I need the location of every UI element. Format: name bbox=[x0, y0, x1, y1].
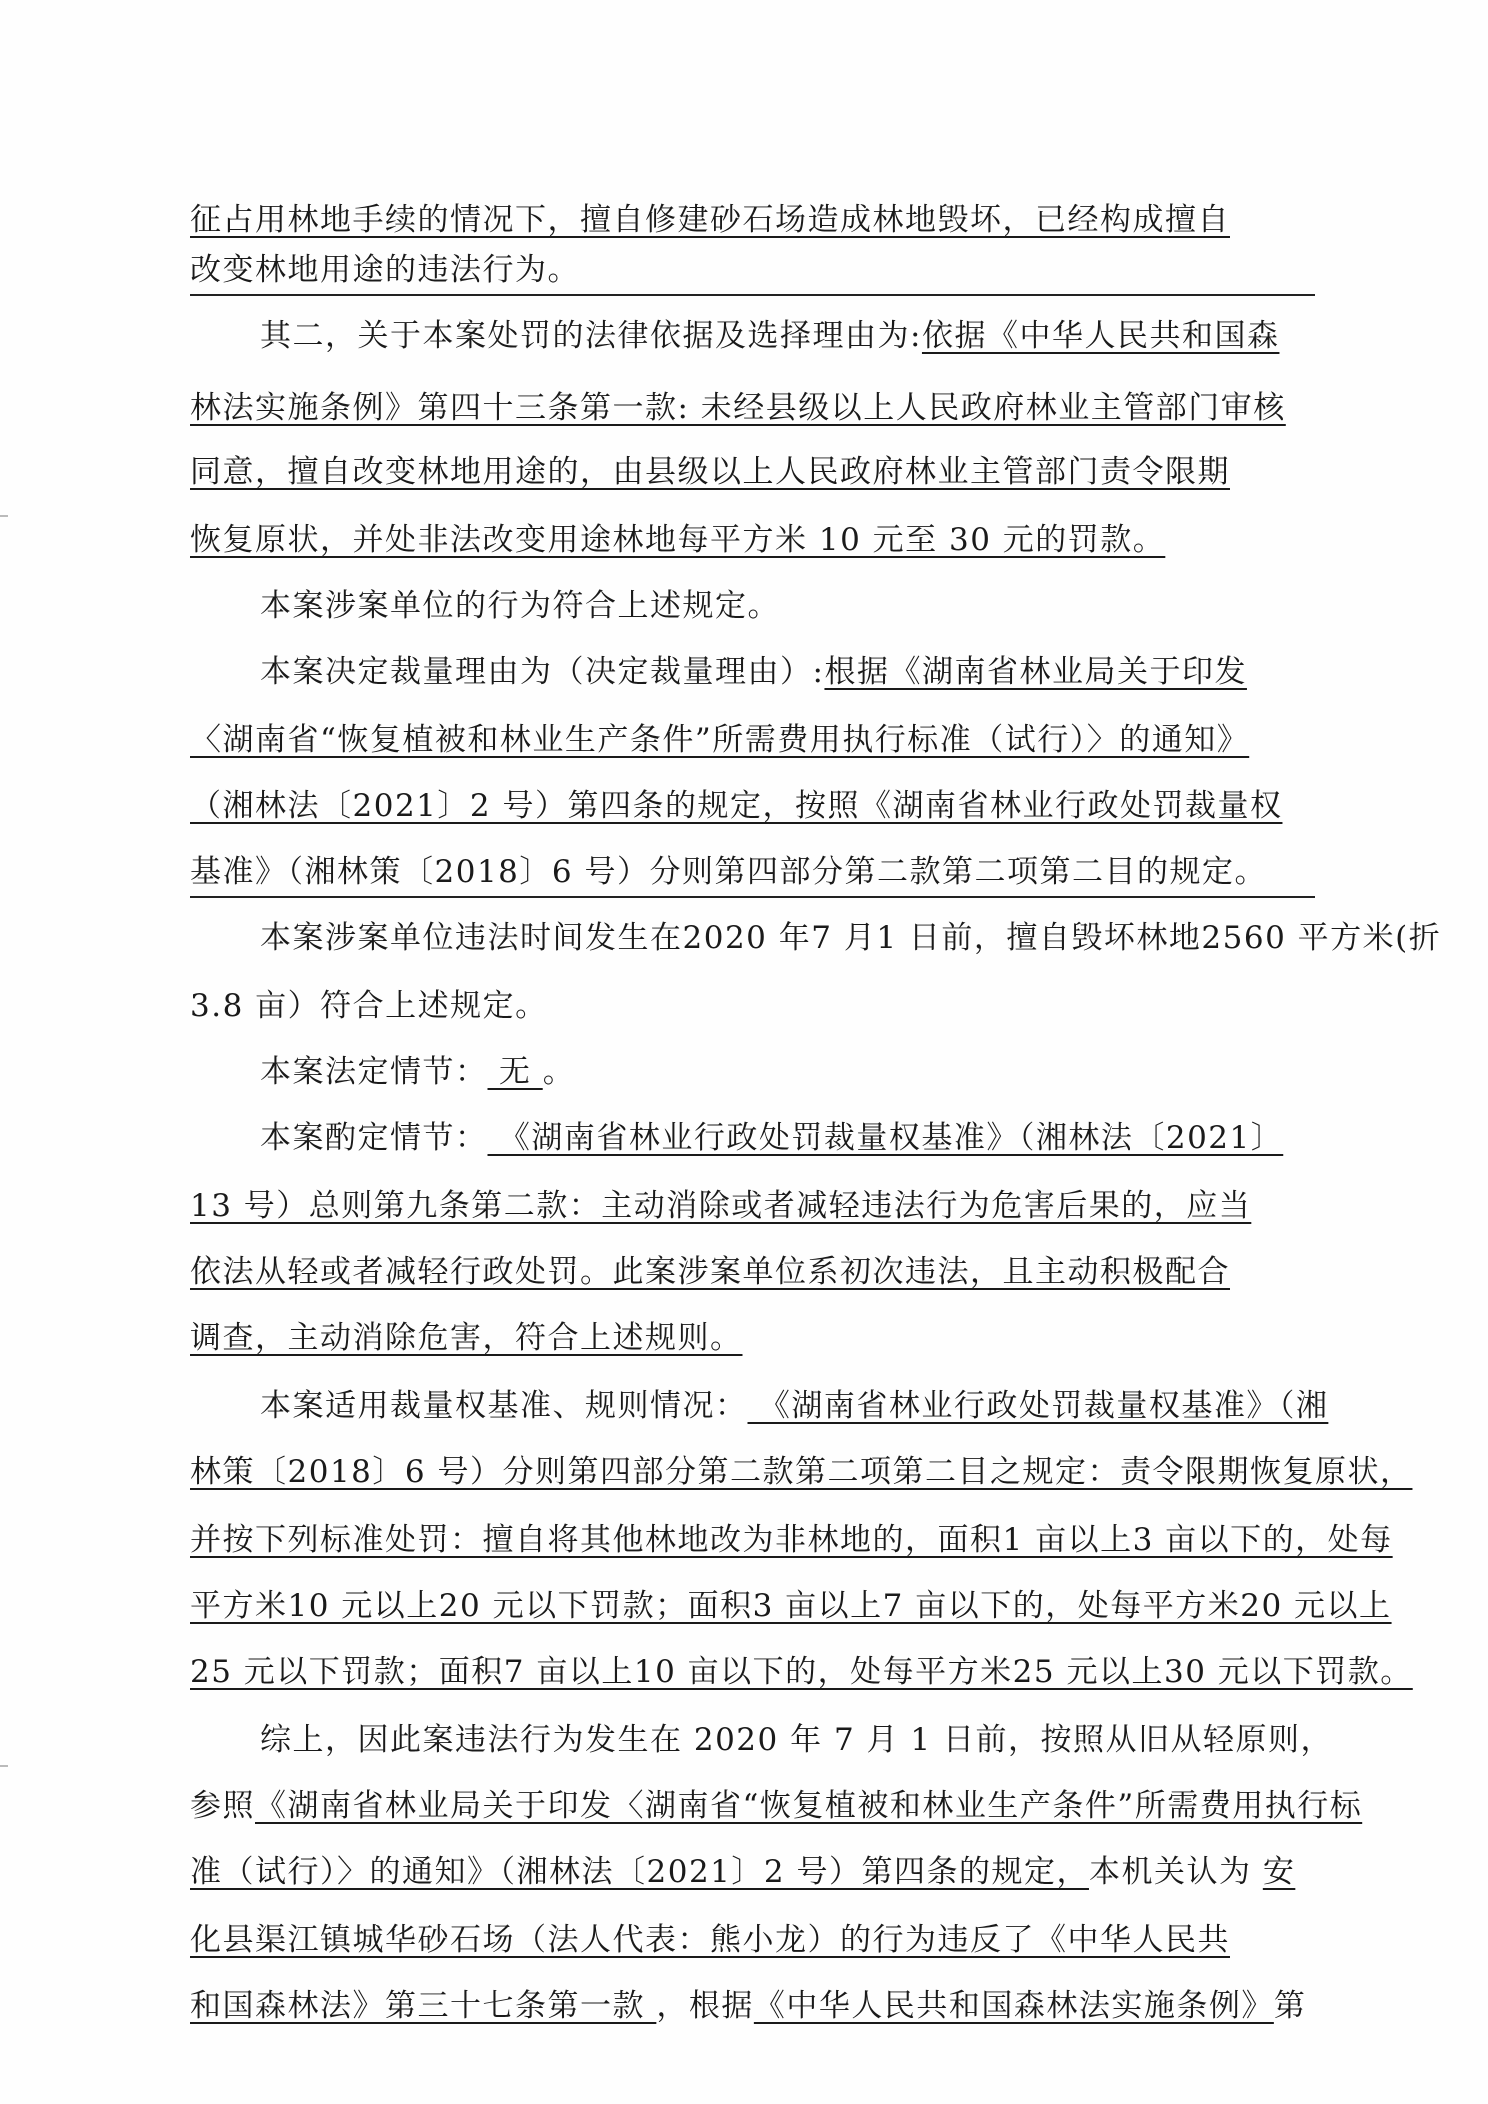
text-line: 其二，关于本案处罚的法律依据及选择理由为:依据《中华人民共和国森 bbox=[190, 312, 1315, 360]
text-line: 基准》（湘林策〔2018〕6 号）分则第四部分第二款第二项第二目的规定。 bbox=[190, 848, 1315, 898]
text-line: 13 号）总则第九条第二款：主动消除或者减轻违法行为危害后果的，应当 bbox=[190, 1182, 1315, 1230]
text-line: 本案酌定情节： 《湖南省林业行政处罚裁量权基准》（湘林法〔2021〕 bbox=[190, 1114, 1315, 1162]
plain-text: 本案决定裁量理由为（决定裁量理由）: bbox=[260, 654, 824, 690]
underlined-text: 林策〔2018〕6 号）分则第四部分第二款第二项第二目之规定：责令限期恢复原状， bbox=[190, 1454, 1412, 1490]
scan-margin-mark bbox=[0, 515, 8, 517]
text-line: 本案法定情节： 无 。 bbox=[190, 1048, 1315, 1096]
underlined-text: 13 号）总则第九条第二款：主动消除或者减轻违法行为危害后果的，应当 bbox=[190, 1188, 1251, 1224]
underlined-text: 《湖南省林业行政处罚裁量权基准》（湘 bbox=[748, 1388, 1329, 1424]
text-line: 同意，擅自改变林地用途的，由县级以上人民政府林业主管部门责令限期 bbox=[190, 448, 1315, 496]
plain-text: 本案法定情节： bbox=[260, 1054, 488, 1090]
plain-text: 本案涉案单位违法时间发生在2020 年7 月1 日前，擅自毁坏林地2560 平方… bbox=[260, 920, 1441, 956]
underlined-text: 根据《湖南省林业局关于印发 bbox=[824, 654, 1247, 690]
text-line: 调查，主动消除危害，符合上述规则。 bbox=[190, 1314, 1315, 1362]
document-page: 征占用林地手续的情况下，擅自修建砂石场造成林地毁坏，已经构成擅自改变林地用途的违… bbox=[0, 0, 1488, 2104]
text-line: 平方米10 元以上20 元以下罚款；面积3 亩以上7 亩以下的，处每平方米20 … bbox=[190, 1582, 1315, 1630]
plain-text: 本案适用裁量权基准、规则情况： bbox=[260, 1388, 748, 1424]
underlined-text: 同意，擅自改变林地用途的，由县级以上人民政府林业主管部门责令限期 bbox=[190, 454, 1230, 490]
text-line: 〈湖南省“恢复植被和林业生产条件”所需费用执行标准（试行）〉的通知》 bbox=[190, 716, 1315, 764]
text-line: 准（试行）〉的通知》（湘林法〔2021〕2 号）第四条的规定，本机关认为 安 bbox=[190, 1848, 1315, 1896]
underlined-text: 调查，主动消除危害，符合上述规则。 bbox=[190, 1320, 743, 1356]
underlined-text: 恢复原状，并处非法改变用途林地每平方米 10 元至 30 元的罚款。 bbox=[190, 522, 1165, 558]
text-line: 并按下列标准处罚：擅自将其他林地改为非林地的，面积1 亩以上3 亩以下的，处每 bbox=[190, 1516, 1315, 1564]
plain-text: 。 bbox=[543, 1054, 576, 1090]
text-line: 化县渠江镇城华砂石场（法人代表：熊小龙）的行为违反了《中华人民共 bbox=[190, 1916, 1315, 1964]
underlined-text: 依据《中华人民共和国森 bbox=[922, 318, 1280, 354]
underlined-text: 化县渠江镇城华砂石场（法人代表：熊小龙）的行为违反了《中华人民共 bbox=[190, 1922, 1230, 1958]
underlined-text: 《中华人民共和国森林法实施条例》 bbox=[754, 1988, 1274, 2024]
underlined-text: 征占用林地手续的情况下，擅自修建砂石场造成林地毁坏，已经构成擅自 bbox=[190, 202, 1230, 238]
underlined-text: 基准》（湘林策〔2018〕6 号）分则第四部分第二款第二项第二目的规定。 bbox=[190, 854, 1267, 890]
plain-text: 3.8 亩）符合上述规定。 bbox=[190, 988, 548, 1024]
underlined-text: 林法实施条例》第四十三条第一款: 未经县级以上人民政府林业主管部门审核 bbox=[190, 390, 1286, 426]
text-line: （湘林法〔2021〕2 号）第四条的规定，按照《湖南省林业行政处罚裁量权 bbox=[190, 782, 1315, 830]
plain-text: 其二，关于本案处罚的法律依据及选择理由为: bbox=[260, 318, 922, 354]
plain-text: 综上，因此案违法行为发生在 2020 年 7 月 1 日前，按照从旧从轻原则， bbox=[260, 1722, 1333, 1758]
text-line: 本案涉案单位的行为符合上述规定。 bbox=[190, 582, 1315, 630]
text-line: 和国森林法》第三十七条第一款 ，根据《中华人民共和国森林法实施条例》第 bbox=[190, 1982, 1315, 2030]
underlined-text: 25 元以下罚款；面积7 亩以上10 亩以下的，处每平方米25 元以上30 元以… bbox=[190, 1654, 1413, 1690]
plain-text: 参照 bbox=[190, 1788, 255, 1824]
underlined-text: 准（试行）〉的通知》（湘林法〔2021〕2 号）第四条的规定， bbox=[190, 1854, 1089, 1890]
text-line: 本案涉案单位违法时间发生在2020 年7 月1 日前，擅自毁坏林地2560 平方… bbox=[190, 914, 1315, 962]
text-line: 林策〔2018〕6 号）分则第四部分第二款第二项第二目之规定：责令限期恢复原状， bbox=[190, 1448, 1315, 1496]
plain-text: 本案酌定情节： bbox=[260, 1120, 488, 1156]
underlined-text: （湘林法〔2021〕2 号）第四条的规定，按照《湖南省林业行政处罚裁量权 bbox=[190, 788, 1282, 824]
underlined-text: 改变林地用途的违法行为。 bbox=[190, 252, 580, 288]
plain-text: 本案涉案单位的行为符合上述规定。 bbox=[260, 588, 780, 624]
text-line: 林法实施条例》第四十三条第一款: 未经县级以上人民政府林业主管部门审核 bbox=[190, 384, 1315, 432]
plain-text: 本机关认为 bbox=[1089, 1854, 1263, 1890]
underlined-text: 和国森林法》第三十七条第一款 bbox=[190, 1988, 656, 2024]
underlined-text: 安 bbox=[1263, 1854, 1296, 1890]
text-line: 依法从轻或者减轻行政处罚。此案涉案单位系初次违法，且主动积极配合 bbox=[190, 1248, 1315, 1296]
underlined-text: 依法从轻或者减轻行政处罚。此案涉案单位系初次违法，且主动积极配合 bbox=[190, 1254, 1230, 1290]
plain-text: 第 bbox=[1274, 1988, 1307, 2024]
scan-margin-mark bbox=[0, 1765, 8, 1767]
underlined-text: 平方米10 元以上20 元以下罚款；面积3 亩以上7 亩以下的，处每平方米20 … bbox=[190, 1588, 1392, 1624]
underlined-text: 《湖南省林业行政处罚裁量权基准》（湘林法〔2021〕 bbox=[488, 1120, 1284, 1156]
text-line: 恢复原状，并处非法改变用途林地每平方米 10 元至 30 元的罚款。 bbox=[190, 516, 1315, 564]
text-line: 25 元以下罚款；面积7 亩以上10 亩以下的，处每平方米25 元以上30 元以… bbox=[190, 1648, 1315, 1696]
text-line: 征占用林地手续的情况下，擅自修建砂石场造成林地毁坏，已经构成擅自 bbox=[190, 196, 1315, 244]
plain-text: ，根据 bbox=[656, 1988, 754, 2024]
text-line: 本案决定裁量理由为（决定裁量理由）:根据《湖南省林业局关于印发 bbox=[190, 648, 1315, 696]
text-line: 综上，因此案违法行为发生在 2020 年 7 月 1 日前，按照从旧从轻原则， bbox=[190, 1716, 1315, 1764]
underlined-text: 无 bbox=[488, 1054, 543, 1090]
underlined-text: 并按下列标准处罚：擅自将其他林地改为非林地的，面积1 亩以上3 亩以下的，处每 bbox=[190, 1522, 1393, 1558]
text-line: 3.8 亩）符合上述规定。 bbox=[190, 982, 1315, 1030]
text-line: 本案适用裁量权基准、规则情况： 《湖南省林业行政处罚裁量权基准》（湘 bbox=[190, 1382, 1315, 1430]
underlined-text: 《湖南省林业局关于印发〈湖南省“恢复植被和林业生产条件”所需费用执行标 bbox=[255, 1788, 1362, 1824]
text-line: 参照《湖南省林业局关于印发〈湖南省“恢复植被和林业生产条件”所需费用执行标 bbox=[190, 1782, 1315, 1830]
underlined-text: 〈湖南省“恢复植被和林业生产条件”所需费用执行标准（试行）〉的通知》 bbox=[190, 722, 1249, 758]
text-line: 改变林地用途的违法行为。 bbox=[190, 246, 1315, 296]
